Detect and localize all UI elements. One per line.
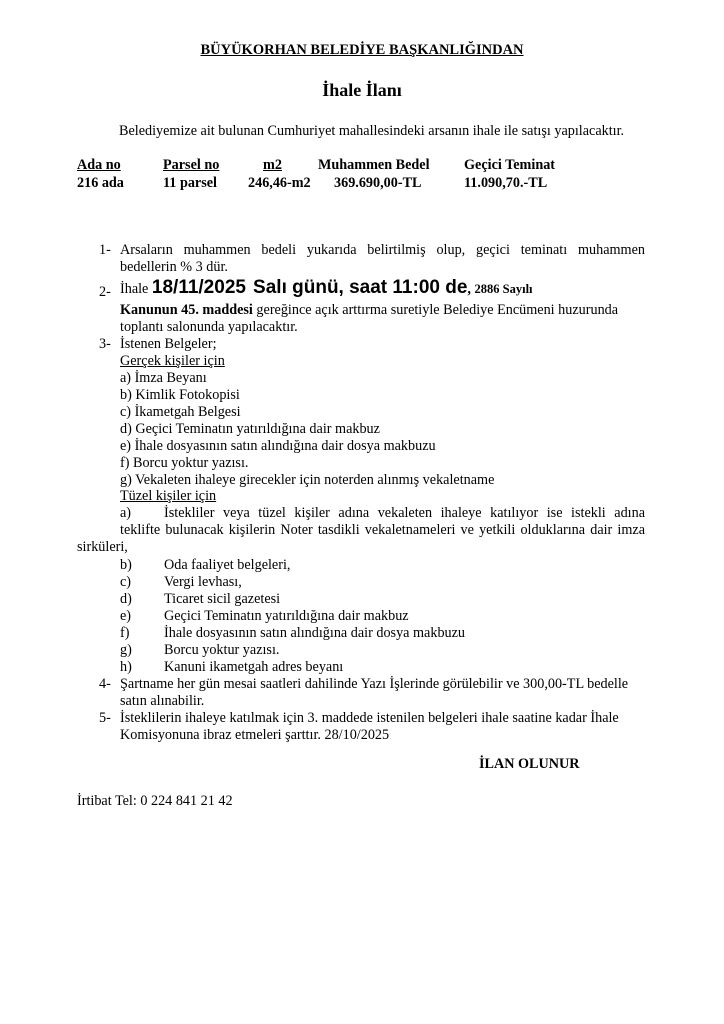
item-4-line-1: Şartname her gün mesai saatleri dahilind… bbox=[120, 676, 628, 693]
document-title: İhale İlanı bbox=[0, 80, 724, 101]
table-header-teminat: Geçici Teminat bbox=[464, 157, 555, 174]
item-1-line-2: bedellerin % 3 dür. bbox=[120, 259, 228, 276]
item-2-comma: , bbox=[467, 281, 471, 297]
table-cell-parsel: 11 parsel bbox=[163, 175, 217, 192]
intro-text: Belediyemize ait bulunan Cumhuriyet maha… bbox=[119, 123, 624, 140]
item-5-number: 5- bbox=[99, 710, 111, 727]
tuzel-item: Borcu yoktur yazısı. bbox=[164, 642, 279, 659]
item-4-line-2: satın alınabilir. bbox=[120, 693, 204, 710]
tuzel-letter: f) bbox=[120, 625, 129, 642]
table-cell-muhammen: 369.690,00-TL bbox=[334, 175, 422, 192]
table-header-muhammen: Muhammen Bedel bbox=[318, 157, 430, 174]
item-4-number: 4- bbox=[99, 676, 111, 693]
table-cell-teminat: 11.090,70.-TL bbox=[464, 175, 547, 192]
gercek-item: g) Vekaleten ihaleye girecekler için not… bbox=[120, 472, 494, 489]
item-3-number: 3- bbox=[99, 336, 111, 353]
tuzel-item: Vergi levhası, bbox=[164, 574, 242, 591]
table-cell-m2: 246,46-m2 bbox=[248, 175, 311, 192]
gercek-item: b) Kimlik Fotokopisi bbox=[120, 387, 240, 404]
gercek-heading: Gerçek kişiler için bbox=[120, 353, 225, 370]
tuzel-a-letter: a) bbox=[120, 505, 131, 522]
tuzel-a-line-1: İstekliler veya tüzel kişiler adına veka… bbox=[164, 505, 645, 522]
tuzel-item: İhale dosyasının satın alındığına dair d… bbox=[164, 625, 465, 642]
tuzel-heading: Tüzel kişiler için bbox=[120, 488, 216, 505]
tuzel-letter: h) bbox=[120, 659, 132, 676]
item-2-line-3: toplantı salonunda yapılacaktır. bbox=[120, 319, 298, 336]
tuzel-letter: c) bbox=[120, 574, 131, 591]
tuzel-a-line-3: sirküleri, bbox=[77, 539, 128, 556]
table-cell-ada: 216 ada bbox=[77, 175, 124, 192]
tuzel-letter: b) bbox=[120, 557, 132, 574]
gercek-item: d) Geçici Teminatın yatırıldığına dair m… bbox=[120, 421, 380, 438]
institution-title: BÜYÜKORHAN BELEDİYE BAŞKANLIĞINDAN bbox=[0, 42, 724, 59]
item-2-prefix: İhale bbox=[120, 281, 148, 297]
tuzel-item: Kanuni ikametgah adres beyanı bbox=[164, 659, 343, 676]
item-2-number: 2- bbox=[99, 284, 111, 301]
announcement-closing: İLAN OLUNUR bbox=[479, 756, 580, 773]
table-header-m2: m2 bbox=[263, 157, 282, 174]
item-1-line-1: Arsaların muhammen bedeli yukarıda belir… bbox=[120, 242, 645, 259]
item-1-number: 1- bbox=[99, 242, 111, 259]
tuzel-item: Ticaret sicil gazetesi bbox=[164, 591, 280, 608]
contact-phone: İrtibat Tel: 0 224 841 21 42 bbox=[77, 793, 233, 810]
gercek-item: a) İmza Beyanı bbox=[120, 370, 207, 387]
item-5-line-1: İsteklilerin ihaleye katılmak için 3. ma… bbox=[120, 710, 619, 727]
tender-date: 18/11/2025 bbox=[152, 277, 246, 298]
tuzel-item: Oda faaliyet belgeleri, bbox=[164, 557, 290, 574]
item-3-label: İstenen Belgeler; bbox=[120, 336, 217, 353]
tuzel-letter: g) bbox=[120, 642, 132, 659]
law-number: 2886 Sayılı bbox=[475, 282, 533, 296]
tuzel-letter: d) bbox=[120, 591, 132, 608]
gercek-item: e) İhale dosyasının satın alındığına dai… bbox=[120, 438, 436, 455]
tender-day-time: Salı günü, saat 11:00 de bbox=[253, 277, 467, 298]
item-5-line-2: Komisyonuna ibraz etmeleri şarttır. 28/1… bbox=[120, 727, 389, 744]
law-article: Kanunun 45. maddesi bbox=[120, 302, 253, 318]
tuzel-a-line-2: teklifte bulunacak kişilerin Noter tasdi… bbox=[120, 522, 645, 539]
tuzel-letter: e) bbox=[120, 608, 131, 625]
table-header-ada: Ada no bbox=[77, 157, 121, 174]
item-2-line-2-rest: gereğince açık arttırma suretiyle Beledi… bbox=[256, 302, 618, 318]
tuzel-item: Geçici Teminatın yatırıldığına dair makb… bbox=[164, 608, 409, 625]
item-2-line-2: Kanunun 45. maddesi gereğince açık arttı… bbox=[120, 302, 618, 319]
gercek-item: f) Borcu yoktur yazısı. bbox=[120, 455, 248, 472]
table-header-parsel: Parsel no bbox=[163, 157, 219, 174]
gercek-item: c) İkametgah Belgesi bbox=[120, 404, 241, 421]
item-2-line-1: İhale 18/11/2025 Salı günü, saat 11:00 d… bbox=[120, 279, 533, 298]
